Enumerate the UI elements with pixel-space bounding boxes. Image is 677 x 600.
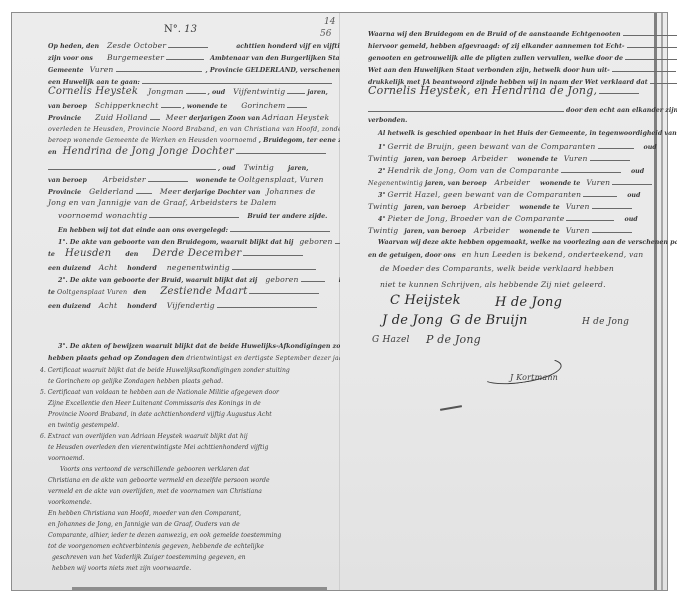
- signature-bride: H de Jong: [495, 295, 562, 310]
- handwritten-municipality: Vuren: [90, 65, 114, 74]
- printed-text: van beroep: [48, 103, 87, 110]
- fill-line: [612, 65, 676, 72]
- fill-line: [48, 163, 216, 170]
- note-line: en Johannes de Jong, en Jannigje van de …: [40, 519, 290, 530]
- r-line-7: verbonden.: [368, 117, 667, 125]
- fill-line: [236, 147, 326, 154]
- printed-text: 2°: [378, 168, 386, 175]
- handwritten-age: Twintig: [244, 163, 274, 172]
- line-doc3-dates: hebben plaats gehad op Zondagen den drie…: [48, 355, 339, 363]
- act-number-value: 13: [184, 24, 197, 35]
- fill-line: [148, 175, 188, 182]
- handwritten-witness: Hendrik de Jong, Oom van de Comparante: [388, 166, 559, 175]
- printed-text: derjarige Dochter van: [183, 189, 260, 196]
- printed-text: oud: [631, 168, 644, 175]
- signature-witness: P de Jong: [426, 333, 481, 346]
- line-bride-age: , oud Twintig jaren,: [48, 163, 339, 173]
- printed-text: zijn voor ons: [48, 55, 93, 62]
- printed-text: jaren,: [307, 89, 327, 96]
- printed-text: oud: [644, 144, 657, 151]
- printed-text: den: [125, 251, 138, 258]
- printed-text: derjarigen Zoon van: [189, 115, 260, 122]
- handwritten-residence: Vuren: [564, 154, 588, 163]
- fill-line: [217, 301, 317, 308]
- handwritten-bride-name: Hendrina de Jong Jonge Dochter: [63, 146, 234, 157]
- printed-text: wonende te: [540, 180, 580, 187]
- printed-text: En hebben wij tot dat einde aan ons over…: [58, 227, 228, 234]
- note-line: 6. Extract van overlijden van Adriaan He…: [40, 431, 290, 442]
- handwritten-residence: Vuren: [566, 202, 590, 211]
- handwritten-residence: Vuren: [586, 178, 610, 187]
- line-doc2-place: te Ooltgensplaat Vuren den Zestiende Maa…: [48, 287, 339, 297]
- line-bride-parents: Jong en van Jannigje van de Graaf, Arbei…: [48, 199, 339, 208]
- printed-text: , wonende te: [183, 103, 228, 110]
- right-page: Waarna wij den Bruidegom en de Bruid of …: [340, 13, 667, 590]
- printed-text: hiervoor gemeld, hebben afgevraagd: of z…: [368, 43, 625, 50]
- line-doc1: 1°. De akte van geboorte van den Bruideg…: [58, 237, 339, 247]
- binding-edge-outer: [661, 13, 663, 590]
- printed-text: Al hetwelk is geschied openbaar in het H…: [378, 130, 677, 137]
- printed-text: , oud: [218, 165, 236, 172]
- page-edge-shadow: [72, 587, 327, 590]
- binding-edge: [654, 13, 657, 590]
- fill-line: [592, 226, 632, 233]
- printed-text: oud: [625, 216, 638, 223]
- fill-line: [168, 41, 208, 48]
- printed-text: oud: [627, 192, 640, 199]
- fill-line: [301, 275, 325, 282]
- note-line: Voorts ons vertoond de verschillende geb…: [40, 464, 290, 475]
- printed-text: Wet aan den Huwelijken Staat verbonden z…: [368, 67, 610, 74]
- printed-text: te: [48, 251, 55, 258]
- fill-line: [243, 249, 303, 256]
- signature-witness: G Hazel: [372, 335, 410, 345]
- line-doc2: 2°. De akte van geboorte der Bruid, waar…: [58, 275, 339, 285]
- fill-line: [136, 187, 152, 194]
- fill-line: [627, 41, 677, 48]
- r-line-illiterate: niet te kunnen Schrijven, als hebbende Z…: [380, 281, 667, 290]
- printed-text: jaren, van beroep: [425, 180, 487, 187]
- printed-text: den: [133, 289, 146, 296]
- fill-line: [650, 77, 677, 84]
- printed-text: 4°: [378, 216, 386, 223]
- line-date: Op heden, den Zesde October achttien hon…: [48, 41, 339, 51]
- fill-line: [149, 211, 239, 218]
- folio-mark-2: 56: [320, 29, 331, 39]
- witness-1-details: Twintig jaren, van beroep Arbeider wonen…: [368, 154, 667, 164]
- handwritten-occupation: Arbeider: [472, 154, 507, 163]
- printed-text: wonende te: [519, 228, 559, 235]
- handwritten-closing: de Moeder des Comparants, welk beide ver…: [380, 264, 614, 273]
- ledger-spread: N°. 13 14 56 Op heden, den Zesde October…: [11, 12, 668, 591]
- line-groom-end: beroep wonende Gemeente de Werken en Heu…: [48, 137, 339, 145]
- printed-text: en de getuigen, door ons: [368, 252, 456, 259]
- line-groom-occupation: van beroep Schipperknecht , wonende te G…: [48, 101, 339, 111]
- line-documents-intro: En hebben wij tot dat einde aan ons over…: [58, 225, 339, 235]
- printed-text: , oud: [208, 89, 226, 96]
- printed-text: wonende te: [517, 156, 557, 163]
- printed-text: verbonden.: [368, 117, 407, 124]
- printed-text: Waarvan wij deze akte hebben opgemaakt, …: [378, 239, 677, 246]
- printed-text: Waarna wij den Bruidegom en de Bruid of …: [368, 31, 621, 38]
- printed-text: door den echt aan elkander zijn: [566, 107, 677, 114]
- act-number: N°. 13: [164, 24, 197, 35]
- printed-text: honderd: [127, 303, 157, 310]
- handwritten-year-hundreds: Acht: [99, 263, 117, 272]
- printed-text: honderd: [127, 265, 157, 272]
- r-line-3: Wet aan den Huwelijken Staat verbonden z…: [368, 65, 667, 75]
- printed-text: wonende te: [519, 204, 559, 211]
- printed-text: Bruid ter andere zijde.: [247, 213, 327, 220]
- witness-4-details: Twintig jaren, van beroep Arbeider wonen…: [368, 226, 667, 236]
- handwritten-occupation: Schipperknecht: [95, 101, 159, 110]
- handwritten-birthplace: Heusden: [65, 248, 111, 259]
- handwritten-couple-names: Cornelis Heystek, en Hendrina de Jong,: [368, 84, 597, 97]
- handwritten-age: Twintig: [368, 154, 398, 163]
- folio-mark-1: 14: [324, 17, 335, 27]
- handwritten-closing: niet te kunnen Schrijven, als hebbende Z…: [380, 280, 606, 289]
- line-bride-end: voornoemd wonachtig Bruid ter andere zij…: [58, 211, 339, 221]
- fill-line: [592, 202, 632, 209]
- handwritten-birthplace: Ooltgensplaat Vuren: [57, 288, 127, 296]
- printed-text: van beroep: [48, 177, 87, 184]
- r-line-1: hiervoor gemeld, hebben afgevraagd: of z…: [368, 41, 667, 51]
- handwritten-proclamation-dates: drientwintigst en dertigste September de…: [186, 355, 345, 362]
- fill-line: [161, 101, 181, 108]
- handwritten-closing: en hun Leeden is bekend, onderteekend, v…: [462, 250, 644, 259]
- note-line: En hebben Christiana van Hoofd, moeder v…: [40, 508, 290, 519]
- printed-text: een duizend: [48, 265, 91, 272]
- note-line: Zijne Excellentie den Heer Luitenant Com…: [40, 398, 290, 409]
- printed-text: jaren,: [288, 165, 308, 172]
- handwritten-witness: Gerrit de Bruijn, geen bewant van de Com…: [388, 142, 596, 151]
- line-official: zijn voor ons Burgemeester Ambtenaar van…: [48, 53, 339, 63]
- note-line: Provincie Noord Braband, in date achttie…: [40, 409, 290, 420]
- r-line-mother: de Moeder des Comparants, welk beide ver…: [380, 265, 667, 274]
- note-line: Christiana en de akte van geboorte verme…: [40, 475, 290, 486]
- note-line: hebben wij voorts niets met zijn voorwaa…: [40, 563, 290, 574]
- printed-text: wonende te: [196, 177, 236, 184]
- printed-text: Op heden, den: [48, 43, 99, 50]
- witness-1: 1° Gerrit de Bruijn, geen bewant van de …: [378, 142, 667, 152]
- fill-line: [623, 29, 677, 36]
- fill-line: [230, 225, 330, 232]
- handwritten-status: Jongman: [148, 87, 183, 96]
- fill-line: [590, 154, 630, 161]
- line-bride-occupation: van beroep Arbeidster wonende te Ooltgen…: [48, 175, 339, 185]
- handwritten-notes: 4. Certificaat waaruit blijkt dat de bei…: [40, 365, 290, 574]
- line-groom-parents: overleden te Heusden, Provincie Noord Br…: [48, 125, 339, 134]
- fill-line: [625, 53, 677, 60]
- r-line-6: door den echt aan elkander zijn: [368, 105, 667, 115]
- fill-line: [150, 113, 160, 120]
- handwritten-majority: Meer: [160, 187, 181, 196]
- note-line: 4. Certificaat waaruit blijkt dat de bei…: [40, 365, 290, 376]
- handwritten-age: Negenentwintig: [368, 179, 423, 187]
- handwritten-groom-name: Cornelis Heystek: [48, 86, 138, 97]
- handwritten-residence: Gorinchem: [241, 101, 285, 110]
- printed-text: hebben plaats gehad op Zondagen den: [48, 355, 184, 362]
- fill-line: [598, 142, 634, 149]
- line-doc3: 3°. De akten of bewijzen waaruit blijkt …: [58, 343, 339, 351]
- note-line: tot de voorgenomen echtverbintenis gegev…: [40, 541, 290, 552]
- r-line-closing: Waarvan wij deze akte hebben opgemaakt, …: [378, 239, 667, 247]
- line-groom-name: Cornelis Heystek Jongman , oud Vijfentwi…: [48, 87, 339, 97]
- fill-line: [287, 101, 307, 108]
- handwritten-born: geboren: [265, 275, 298, 284]
- note-line: te Heusden overleden den vierentwintigst…: [40, 442, 290, 453]
- handwritten-province: Gelderland: [89, 187, 134, 196]
- printed-text: jaren, van beroep: [404, 156, 466, 163]
- fill-line: [599, 87, 639, 94]
- line-doc2-year: een duizend Acht honderd Vijfendertig: [48, 301, 339, 311]
- handwritten-residence-note: voornoemd wonachtig: [58, 211, 147, 220]
- line-bride-province: Provincie Gelderland Meer derjarige Doch…: [48, 187, 339, 197]
- line-doc1-year: een duizend Acht honderd negenentwintig: [48, 263, 339, 273]
- printed-text: te: [48, 289, 55, 296]
- witness-4: 4° Pieter de Jong, Broeder van de Compar…: [378, 214, 667, 224]
- witness-2: 2° Hendrik de Jong, Oom van de Comparant…: [378, 166, 667, 176]
- signature-flourish: [479, 353, 564, 388]
- fill-line: [368, 105, 564, 112]
- fill-line: [186, 87, 206, 94]
- handwritten-official: Burgemeester: [107, 53, 164, 62]
- handwritten-witness: Pieter de Jong, Broeder van de Comparant…: [388, 214, 565, 223]
- handwritten-residence: Vuren: [566, 226, 590, 235]
- signature-witness: H de Jong: [582, 317, 629, 327]
- printed-text: 3°. De akten of bewijzen waaruit blijkt …: [58, 343, 387, 350]
- handwritten-year-hundreds: Acht: [99, 301, 117, 310]
- printed-text: 3°: [378, 192, 386, 199]
- printed-text: Provincie: [48, 115, 81, 122]
- handwritten-province: Zuid Holland: [95, 113, 148, 122]
- r-line-8: Al hetwelk is geschied openbaar in het H…: [378, 130, 667, 138]
- handwritten-parents: Jong en van Jannigje van de Graaf, Arbei…: [48, 198, 276, 207]
- handwritten-majority: Meer: [166, 113, 187, 122]
- fill-line: [232, 263, 316, 270]
- closing-stroke: [440, 405, 462, 411]
- note-line: voorkomende.: [40, 497, 290, 508]
- r-line-2: genooten en getrouwelijk alle de pligten…: [368, 53, 667, 63]
- fill-line: [612, 178, 652, 185]
- handwritten-parents: overleden te Heusden, Provincie Noord Br…: [48, 125, 345, 133]
- fill-line: [166, 53, 204, 60]
- printed-text: en: [48, 149, 57, 156]
- handwritten-age: Twintig: [368, 202, 398, 211]
- handwritten-date: Zesde October: [107, 41, 166, 50]
- fill-line: [249, 287, 319, 294]
- left-page: N°. 13 14 56 Op heden, den Zesde October…: [12, 13, 340, 590]
- fill-line: [566, 214, 614, 221]
- printed-text: Gemeente: [48, 67, 84, 74]
- handwritten-birthdate: Zestiende Maart: [160, 286, 247, 297]
- handwritten-birthdate: Derde December: [152, 248, 241, 259]
- witness-2-details: Negenentwintig jaren, van beroep Arbeide…: [368, 178, 667, 188]
- printed-text: 1°: [378, 144, 386, 151]
- r-line-0: Waarna wij den Bruidegom en de Bruid of …: [368, 29, 667, 39]
- note-line: en twintig gestempeld.: [40, 420, 290, 431]
- line-doc1-place: te Heusden den Derde December: [48, 249, 339, 259]
- printed-text: 2°. De akte van geboorte der Bruid, waar…: [58, 277, 257, 284]
- handwritten-residence: Ooltgensplaat, Vuren: [238, 175, 324, 184]
- line-municipality: Gemeente Vuren , Provincie GELDERLAND, v…: [48, 65, 339, 75]
- handwritten-year-tens: Vijfendertig: [167, 301, 215, 310]
- printed-text: achttien honderd vijf en vijftig: [236, 43, 344, 50]
- printed-text: Provincie: [48, 189, 81, 196]
- fill-line: [583, 190, 617, 197]
- signature-groom: C Heijstek: [390, 293, 461, 308]
- r-line-witnesses-read: en de getuigen, door ons en hun Leeden i…: [368, 251, 667, 260]
- printed-text: jaren, van beroep: [404, 228, 466, 235]
- printed-text: 1°. De akte van geboorte van den Bruideg…: [58, 239, 293, 246]
- line-groom-province: Provincie Zuid Holland Meer derjarigen Z…: [48, 113, 339, 123]
- printed-text: genooten en getrouwelijk alle de pligten…: [368, 55, 623, 62]
- note-line: 5. Certificaat van voldaan te hebben aan…: [40, 387, 290, 398]
- handwritten-age: Twintig: [368, 226, 398, 235]
- fill-line: [116, 65, 202, 72]
- handwritten-occupation: Arbeider: [474, 202, 509, 211]
- handwritten-year-tens: negenentwintig: [167, 263, 230, 272]
- handwritten-occupation: Arbeidster: [103, 175, 146, 184]
- handwritten-occupation: Arbeider: [495, 178, 530, 187]
- handwritten-occupation: Arbeider: [474, 226, 509, 235]
- note-line: Comparante, alhier, ieder te dezen aanwe…: [40, 530, 290, 541]
- fill-line: [287, 87, 305, 94]
- line-bride-name: en Hendrina de Jong Jonge Dochter: [48, 147, 339, 157]
- printed-text: jaren, van beroep: [404, 204, 466, 211]
- witness-3: 3° Gerrit Hazel, geen bewant van de Comp…: [378, 190, 667, 200]
- handwritten-age: Vijfentwintig: [233, 87, 285, 96]
- note-line: vermeld en de akte van overlijden, met d…: [40, 486, 290, 497]
- printed-text: een Huwelijk aan te gaan:: [48, 79, 140, 86]
- fill-line: [561, 166, 621, 173]
- signature-witness: J de Jong: [382, 313, 443, 328]
- note-line: voornoemd.: [40, 453, 290, 464]
- r-line-couple: Cornelis Heystek, en Hendrina de Jong,: [368, 87, 667, 97]
- fill-line: [142, 77, 332, 84]
- handwritten-born: geboren: [299, 237, 332, 246]
- handwritten-witness: Gerrit Hazel, geen bewant van de Compara…: [388, 190, 582, 199]
- act-number-label: N°.: [164, 24, 181, 35]
- handwritten-parents-cont: beroep wonende Gemeente de Werken en Heu…: [48, 137, 257, 144]
- note-line: geschreven van het Vaderlijk Zuiger toes…: [40, 552, 290, 563]
- signature-witness: G de Bruijn: [450, 313, 528, 328]
- witness-3-details: Twintig jaren, van beroep Arbeider wonen…: [368, 202, 667, 212]
- handwritten-father: Johannes de: [266, 187, 315, 196]
- printed-text: een duizend: [48, 303, 91, 310]
- handwritten-father: Adriaan Heystek: [262, 113, 329, 122]
- note-line: te Gorinchem op gelijke Zondagen hebben …: [40, 376, 290, 387]
